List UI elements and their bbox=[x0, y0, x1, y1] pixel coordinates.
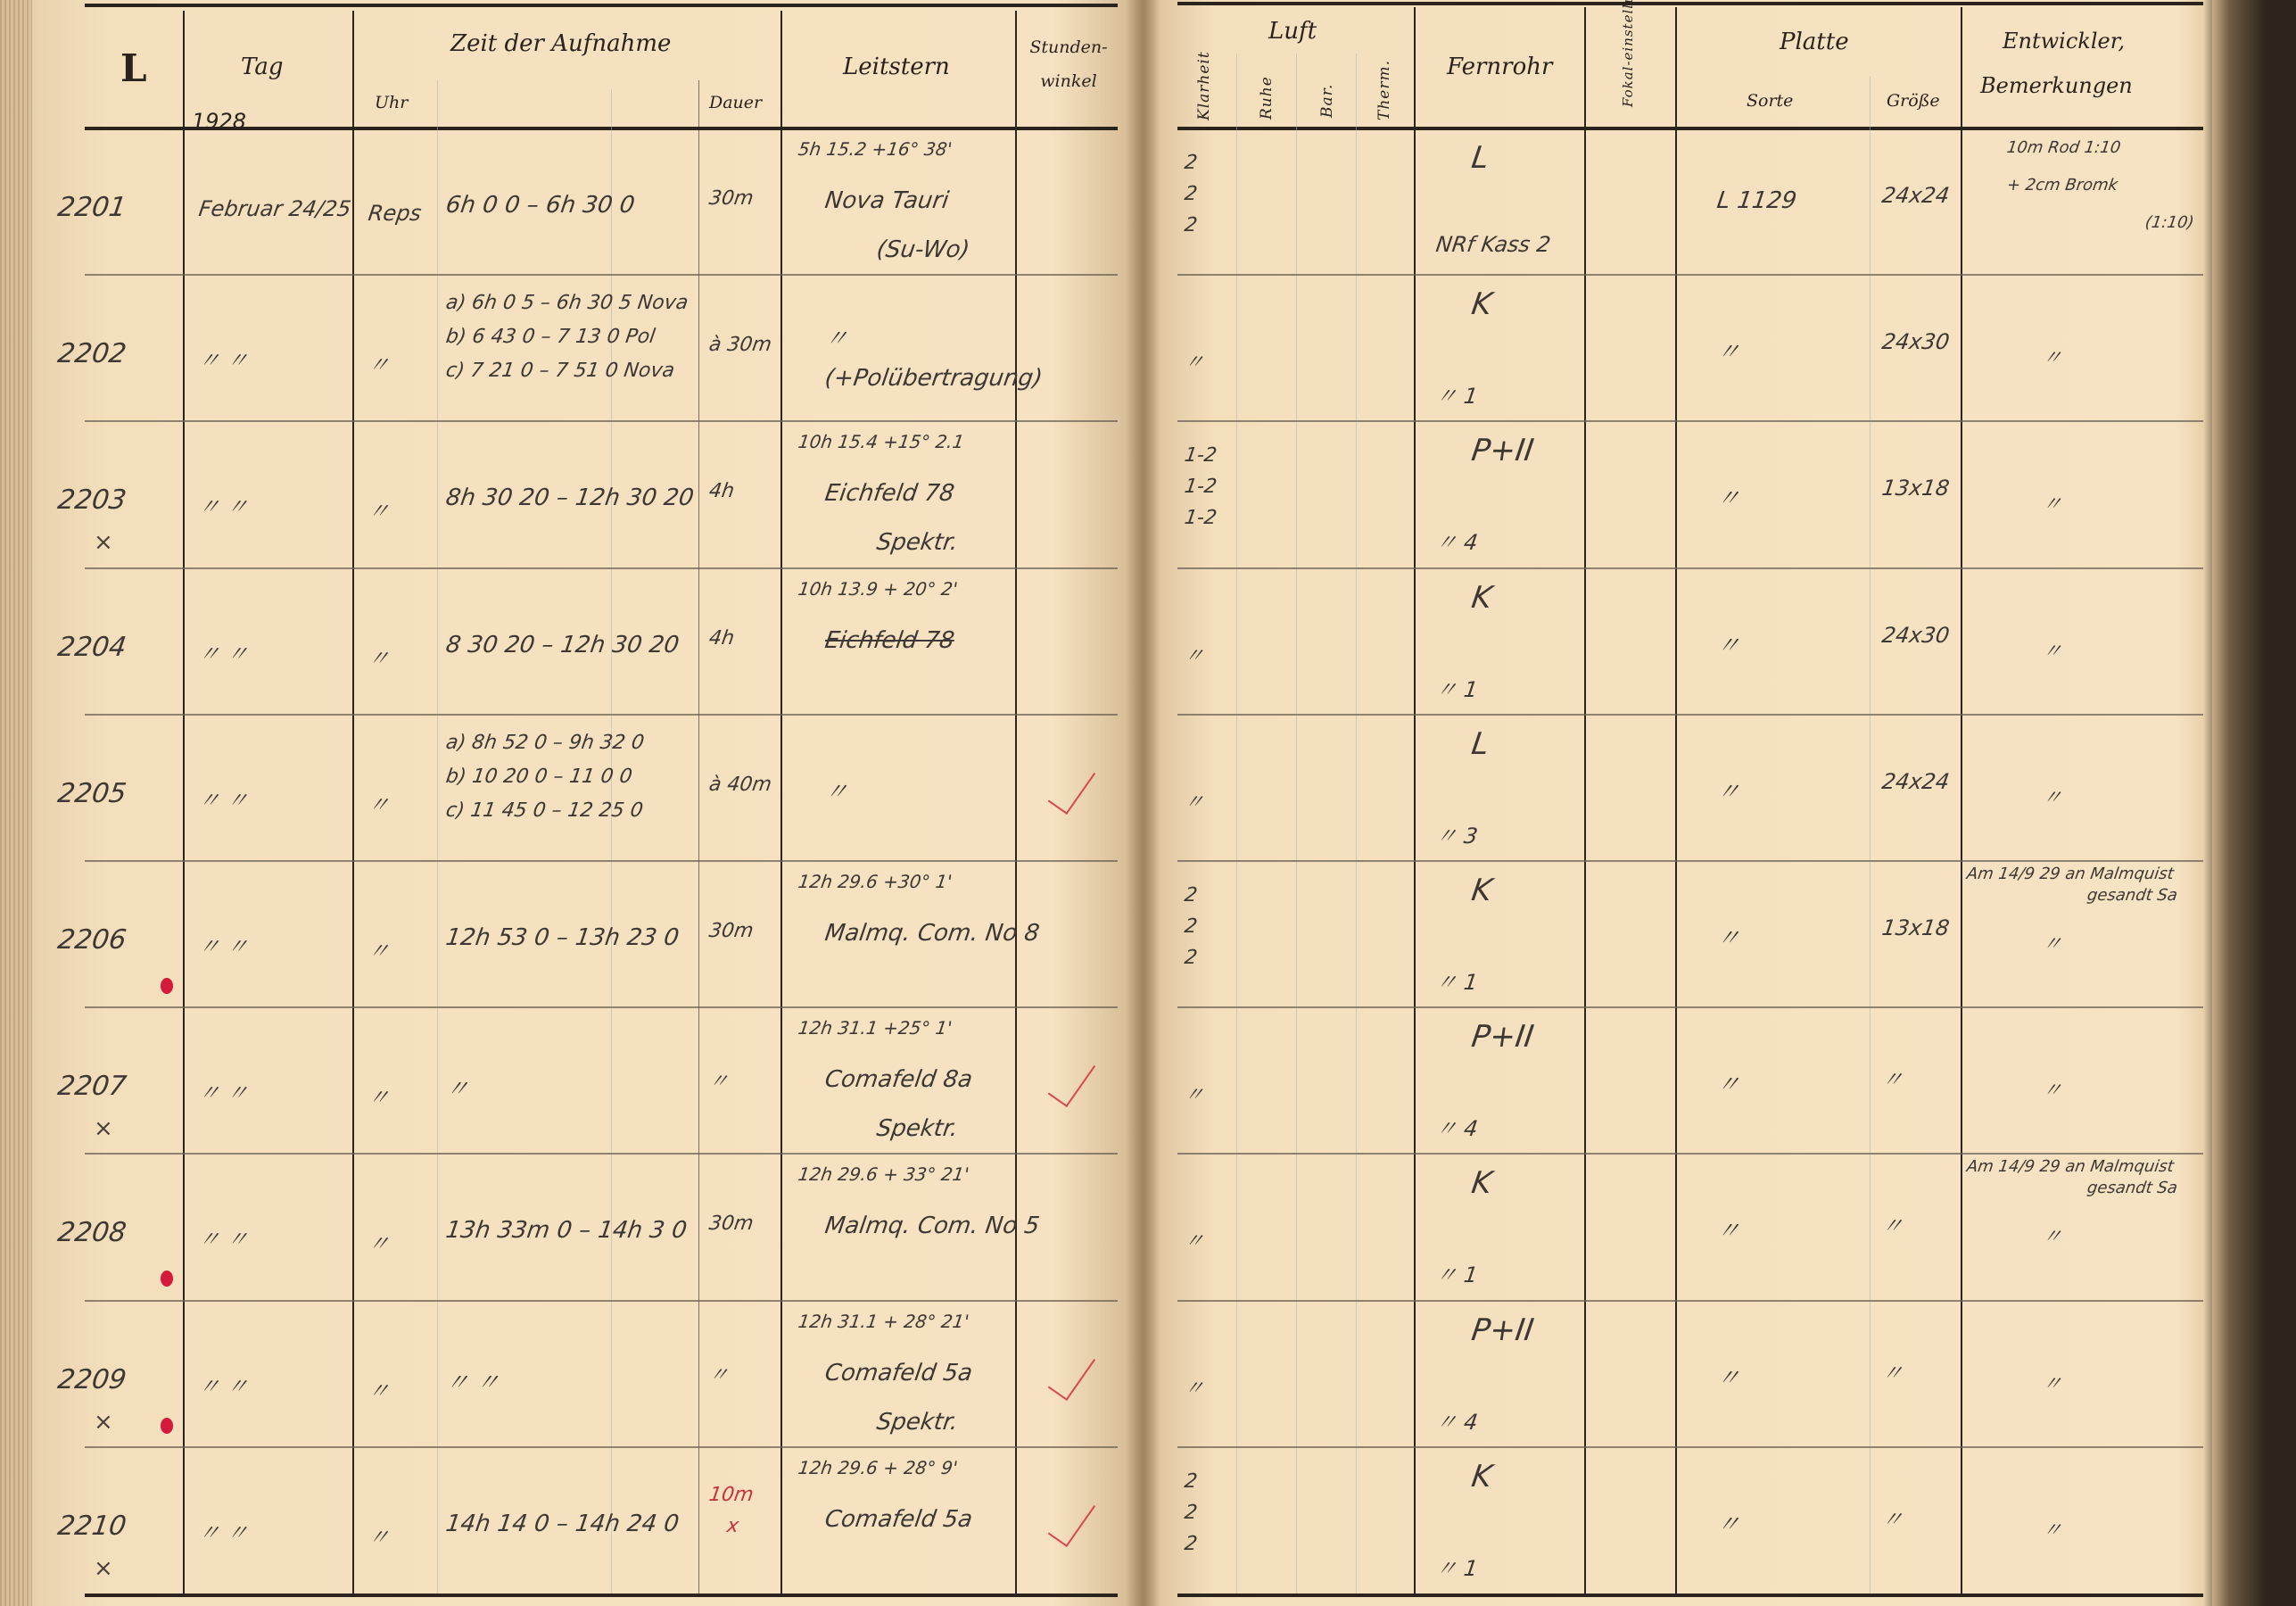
shipping-note: gesandt Sa bbox=[2086, 1179, 2179, 1197]
bemerkung-cell: 〃 bbox=[2041, 1221, 2064, 1249]
header-stundenwinkel-1: Stunden- bbox=[1020, 37, 1118, 57]
tag-cell: 〃 〃 bbox=[197, 782, 252, 814]
header-tag: Tag bbox=[241, 54, 283, 80]
leitstern-cell: Eichfeld 78 bbox=[823, 627, 956, 654]
plate-size-cell: 24x24 bbox=[1880, 183, 1951, 208]
zeit-cell: 14h 14 0 – 14h 24 0 bbox=[444, 1511, 681, 1537]
entry-number: 2210 bbox=[56, 1511, 128, 1542]
leitstern-cell: Spektr. bbox=[875, 1409, 960, 1436]
uhr-cell: 〃 bbox=[367, 1080, 392, 1111]
leitstern-cell: 〃 bbox=[822, 320, 850, 353]
bemerkung-cell: 10m Rod 1:10 bbox=[2006, 138, 2122, 157]
tag-cell: 〃 〃 bbox=[197, 1075, 252, 1106]
table-row: 〃P+II〃 4〃〃〃 bbox=[1177, 1302, 2203, 1448]
zeit-cell: b) 6 43 0 – 7 13 0 Pol bbox=[444, 326, 657, 348]
zeit-cell: a) 6h 0 5 – 6h 30 5 Nova bbox=[444, 292, 690, 314]
tag-cell: 〃 〃 bbox=[197, 343, 252, 374]
red-dot-icon bbox=[161, 978, 173, 994]
plate-sorte-cell: 〃 bbox=[1714, 1360, 1742, 1393]
klarheit-cell: 2 bbox=[1183, 183, 1199, 205]
table-row: 2208〃 〃〃13h 33m 0 – 14h 3 030m12h 29.6 +… bbox=[85, 1155, 1118, 1301]
entry-number: 2204 bbox=[56, 632, 128, 663]
leitstern-cell: Spektr. bbox=[875, 1115, 960, 1142]
bemerkung-cell: 〃 bbox=[2041, 929, 2064, 956]
book-gutter bbox=[1126, 0, 1161, 1606]
table-row: 1-21-21-2P+II〃 4〃13x18〃 bbox=[1177, 422, 2203, 568]
header-luft: Luft bbox=[1268, 18, 1317, 45]
table-row: 〃K〃 1〃24x30〃 bbox=[1177, 569, 2203, 716]
plate-size-cell: 13x18 bbox=[1880, 915, 1951, 940]
zeit-cell: 〃 〃 bbox=[443, 1364, 501, 1397]
entry-number: 2207 bbox=[56, 1071, 128, 1102]
dauer-cell: 〃 bbox=[707, 1066, 731, 1094]
fernrohr-cassette: 〃 4 bbox=[1434, 1111, 1481, 1142]
shipping-note: Am 14/9 29 an Malmquist bbox=[1966, 1157, 2176, 1176]
fernrohr-telescope: P+II bbox=[1469, 1312, 1536, 1348]
zeit-cell: 6h 0 0 – 6h 30 0 bbox=[444, 192, 637, 219]
dauer-cell: 30m bbox=[707, 187, 755, 210]
klarheit-cell: 〃 bbox=[1183, 787, 1206, 815]
cross-mark-icon: × bbox=[94, 1409, 113, 1436]
uhr-cell: 〃 bbox=[367, 1373, 392, 1404]
uhr-cell: 〃 bbox=[367, 1519, 392, 1551]
leitstern-cell: 5h 15.2 +16° 38' bbox=[797, 138, 954, 160]
table-row: 2209〃 〃〃〃 〃〃12h 31.1 + 28° 21'Comafeld 5… bbox=[85, 1302, 1118, 1448]
plate-size-cell: 〃 bbox=[1880, 1208, 1906, 1239]
klarheit-cell: 1-2 bbox=[1183, 476, 1218, 498]
header-bar: Bar. bbox=[1318, 80, 1336, 120]
plate-sorte-cell: 〃 bbox=[1714, 627, 1742, 660]
leitstern-cell: (+Polübertragung) bbox=[823, 365, 1045, 392]
table-row: 2204〃 〃〃8 30 20 – 12h 30 204h10h 13.9 + … bbox=[85, 569, 1118, 716]
tag-cell: Februar 24/25 bbox=[197, 196, 352, 221]
fernrohr-cassette: 〃 1 bbox=[1434, 964, 1481, 996]
header-therm: Therm. bbox=[1375, 70, 1393, 120]
leitstern-cell: Eichfeld 78 bbox=[823, 480, 956, 507]
plate-sorte-cell: 〃 bbox=[1714, 920, 1742, 953]
bemerkung-cell: + 2cm Bromk bbox=[2006, 176, 2119, 195]
leitstern-cell: Malmq. Com. No 5 bbox=[823, 1213, 1041, 1239]
uhr-cell: 〃 bbox=[367, 641, 392, 672]
cross-mark-icon: × bbox=[94, 1115, 113, 1142]
red-checkmark-icon bbox=[1048, 1346, 1095, 1401]
zeit-cell: 〃 bbox=[443, 1071, 471, 1104]
dauer-cell: 4h bbox=[707, 627, 735, 650]
entry-number: 2209 bbox=[56, 1364, 128, 1395]
leitstern-cell: 12h 29.6 + 28° 9' bbox=[797, 1457, 959, 1478]
leitstern-cell: Nova Tauri bbox=[823, 187, 951, 214]
top-rule bbox=[85, 4, 1118, 7]
plate-size-cell: 〃 bbox=[1880, 1355, 1906, 1387]
uhr-cell: Reps bbox=[367, 201, 423, 226]
fernrohr-telescope: K bbox=[1469, 1459, 1494, 1494]
klarheit-cell: 2 bbox=[1183, 915, 1199, 938]
leitstern-cell: Comafeld 5a bbox=[823, 1506, 974, 1533]
header-sorte: Sorte bbox=[1747, 91, 1793, 111]
leitstern-cell: 〃 bbox=[822, 774, 850, 807]
leitstern-cell: Malmq. Com. No 8 bbox=[823, 920, 1041, 947]
table-row: 222LNRf Kass 2L 112924x2410m Rod 1:10+ 2… bbox=[1177, 129, 2203, 276]
dauer-cell: 4h bbox=[707, 480, 735, 502]
klarheit-cell: 2 bbox=[1183, 1502, 1199, 1524]
dauer-red-x: x bbox=[725, 1515, 740, 1537]
bemerkung-cell: 〃 bbox=[2041, 1369, 2064, 1396]
header-klarheit: Klarheit bbox=[1195, 54, 1213, 120]
bemerkung-cell: 〃 bbox=[2041, 636, 2064, 664]
zeit-cell: 13h 33m 0 – 14h 3 0 bbox=[444, 1217, 689, 1244]
table-row: 〃L〃 3〃24x24〃 bbox=[1177, 716, 2203, 862]
klarheit-cell: 〃 bbox=[1183, 1080, 1206, 1107]
red-dot-icon bbox=[161, 1418, 173, 1434]
fernrohr-telescope: L bbox=[1469, 140, 1491, 176]
fernrohr-telescope: P+II bbox=[1469, 433, 1536, 468]
shipping-note: gesandt Sa bbox=[2086, 886, 2179, 905]
zeit-cell: 8h 30 20 – 12h 30 20 bbox=[444, 484, 696, 511]
uhr-cell: 〃 bbox=[367, 933, 392, 964]
klarheit-cell: 1-2 bbox=[1183, 507, 1218, 529]
plate-size-cell: 24x30 bbox=[1880, 329, 1951, 354]
red-checkmark-icon bbox=[1048, 760, 1095, 815]
plate-sorte-cell: 〃 bbox=[1714, 480, 1742, 513]
tag-cell: 〃 〃 bbox=[197, 636, 252, 667]
fernrohr-cassette: 〃 3 bbox=[1434, 818, 1481, 849]
entry-number: 2202 bbox=[56, 338, 128, 369]
klarheit-cell: 〃 bbox=[1183, 1226, 1206, 1254]
bemerkung-cell: 〃 bbox=[2041, 782, 2064, 810]
red-checkmark-icon bbox=[1048, 1493, 1095, 1547]
bemerkung-cell: 〃 bbox=[2041, 489, 2064, 517]
leitstern-cell: Comafeld 8a bbox=[823, 1066, 974, 1093]
tag-cell: 〃 〃 bbox=[197, 1221, 252, 1253]
header-groesse: Größe bbox=[1887, 91, 1940, 111]
header-zeit: Zeit der Aufnahme bbox=[450, 30, 671, 57]
uhr-cell: 〃 bbox=[367, 787, 392, 818]
top-rule bbox=[1177, 2, 2203, 5]
book-cover-edge bbox=[2212, 0, 2296, 1606]
red-checkmark-icon bbox=[1048, 1053, 1095, 1107]
leitstern-cell: 10h 15.4 +15° 2.1 bbox=[797, 431, 965, 452]
left-page: L Tag 1928 Zeit der Aufnahme Uhr Dauer L… bbox=[85, 0, 1118, 1606]
plate-sorte-cell: 〃 bbox=[1714, 1066, 1742, 1099]
header-L: L bbox=[120, 46, 147, 90]
leitstern-cell: 12h 29.6 +30° 1' bbox=[797, 871, 954, 892]
table-row: 2210〃 〃〃14h 14 0 – 14h 24 010mx12h 29.6 … bbox=[85, 1448, 1118, 1594]
header-dauer: Dauer bbox=[709, 93, 762, 112]
zeit-cell: 8 30 20 – 12h 30 20 bbox=[444, 632, 681, 658]
right-page: Luft Klarheit Ruhe Bar. Therm. Fernrohr … bbox=[1177, 0, 2203, 1606]
fernrohr-cassette: 〃 1 bbox=[1434, 378, 1481, 410]
zeit-cell: a) 8h 52 0 – 9h 32 0 bbox=[444, 732, 645, 754]
header-fernrohr: Fernrohr bbox=[1447, 54, 1552, 80]
klarheit-cell: 〃 bbox=[1183, 347, 1206, 375]
shipping-note: Am 14/9 29 an Malmquist bbox=[1966, 865, 2176, 883]
table-row: 〃P+II〃 4〃〃〃 bbox=[1177, 1008, 2203, 1155]
fernrohr-telescope: K bbox=[1469, 580, 1494, 616]
leitstern-cell: Comafeld 5a bbox=[823, 1360, 974, 1387]
logbook-spread: L Tag 1928 Zeit der Aufnahme Uhr Dauer L… bbox=[0, 0, 2296, 1606]
dauer-cell: 〃 bbox=[707, 1360, 731, 1387]
fernrohr-cassette: 〃 1 bbox=[1434, 672, 1481, 703]
leitstern-cell: 10h 13.9 + 20° 2' bbox=[797, 578, 959, 600]
plate-sorte-cell: 〃 bbox=[1714, 1506, 1742, 1539]
dauer-cell: à 30m bbox=[707, 334, 772, 356]
header-bemerkungen: Bemerkungen bbox=[1980, 73, 2133, 98]
dauer-cell: 30m bbox=[707, 1213, 755, 1235]
leitstern-cell: 12h 31.1 + 28° 21' bbox=[797, 1311, 970, 1332]
fernrohr-cassette: NRf Kass 2 bbox=[1434, 232, 1552, 257]
klarheit-cell: 〃 bbox=[1183, 1373, 1206, 1401]
entry-number: 2208 bbox=[56, 1217, 128, 1248]
uhr-cell: 〃 bbox=[367, 1226, 392, 1257]
fernrohr-cassette: 〃 4 bbox=[1434, 1404, 1481, 1436]
tag-cell: 〃 〃 bbox=[197, 489, 252, 520]
klarheit-cell: 2 bbox=[1183, 1533, 1199, 1555]
dauer-cell: à 40m bbox=[707, 774, 772, 796]
header-entwickler: Entwickler, bbox=[2003, 29, 2125, 54]
klarheit-cell: 2 bbox=[1183, 884, 1199, 906]
zeit-cell: c) 11 45 0 – 12 25 0 bbox=[444, 799, 644, 822]
header-leitstern: Leitstern bbox=[843, 54, 950, 80]
plate-sorte-cell: 〃 bbox=[1714, 774, 1742, 807]
header-platte: Platte bbox=[1780, 29, 1849, 55]
table-row: 222K〃 1〃〃〃 bbox=[1177, 1448, 2203, 1594]
entry-number: 2201 bbox=[56, 192, 128, 223]
plate-size-cell: 〃 bbox=[1880, 1062, 1906, 1093]
header-fokaleinstellung: Fokal-einstellung bbox=[1620, 27, 1636, 107]
leitstern-cell: Spektr. bbox=[875, 529, 960, 556]
zeit-cell: 12h 53 0 – 13h 23 0 bbox=[444, 924, 681, 951]
header-stundenwinkel-2: winkel bbox=[1020, 71, 1118, 91]
fernrohr-cassette: 〃 1 bbox=[1434, 1551, 1481, 1582]
bemerkung-cell: 〃 bbox=[2041, 1515, 2064, 1543]
uhr-cell: 〃 bbox=[367, 347, 392, 378]
plate-sorte-cell: 〃 bbox=[1714, 334, 1742, 367]
klarheit-cell: 2 bbox=[1183, 152, 1199, 174]
zeit-cell: c) 7 21 0 – 7 51 0 Nova bbox=[444, 360, 676, 382]
plate-sorte-cell: L 1129 bbox=[1715, 187, 1798, 214]
leitstern-cell: 12h 29.6 + 33° 21' bbox=[797, 1163, 970, 1185]
klarheit-cell: 2 bbox=[1183, 1470, 1199, 1493]
bemerkung-cell: 〃 bbox=[2041, 343, 2064, 370]
klarheit-cell: 2 bbox=[1183, 947, 1199, 969]
dauer-cell: 10m bbox=[707, 1484, 755, 1506]
header-ruhe: Ruhe bbox=[1258, 76, 1276, 120]
fernrohr-cassette: 〃 4 bbox=[1434, 525, 1481, 556]
header-uhr: Uhr bbox=[375, 93, 408, 112]
table-row: 〃K〃 1〃24x30〃 bbox=[1177, 276, 2203, 422]
entry-number: 2203 bbox=[56, 484, 128, 516]
plate-size-cell: 13x18 bbox=[1880, 476, 1951, 501]
klarheit-cell: 2 bbox=[1183, 214, 1199, 236]
entry-number: 2206 bbox=[56, 924, 128, 956]
table-row: 〃K〃 1〃〃〃Am 14/9 29 an Malmquistgesandt S… bbox=[1177, 1155, 2203, 1301]
table-row: 2205〃 〃〃a) 8h 52 0 – 9h 32 0b) 10 20 0 –… bbox=[85, 716, 1118, 862]
plate-sorte-cell: 〃 bbox=[1714, 1213, 1742, 1246]
plate-size-cell: 〃 bbox=[1880, 1502, 1906, 1533]
table-row: 2207〃 〃〃〃〃12h 31.1 +25° 1'Comafeld 8aSpe… bbox=[85, 1008, 1118, 1155]
leitstern-cell: 12h 31.1 +25° 1' bbox=[797, 1017, 954, 1039]
cross-mark-icon: × bbox=[94, 529, 113, 556]
red-dot-icon bbox=[161, 1271, 173, 1287]
fernrohr-cassette: 〃 1 bbox=[1434, 1257, 1481, 1288]
leitstern-cell: (Su-Wo) bbox=[875, 236, 971, 263]
table-row: 2201Februar 24/25Reps6h 0 0 – 6h 30 030m… bbox=[85, 129, 1118, 276]
plate-size-cell: 24x24 bbox=[1880, 769, 1951, 794]
zeit-cell: b) 10 20 0 – 11 0 0 bbox=[444, 766, 633, 788]
bemerkung-cell: (1:10) bbox=[2144, 213, 2195, 232]
tag-cell: 〃 〃 bbox=[197, 1515, 252, 1546]
page-stack-edge bbox=[0, 0, 32, 1606]
tag-cell: 〃 〃 bbox=[197, 929, 252, 960]
uhr-cell: 〃 bbox=[367, 493, 392, 525]
table-row: 2202〃 〃〃a) 6h 0 5 – 6h 30 5 Novab) 6 43 … bbox=[85, 276, 1118, 422]
tag-cell: 〃 〃 bbox=[197, 1369, 252, 1400]
entry-number: 2205 bbox=[56, 778, 128, 809]
fernrohr-telescope: K bbox=[1469, 873, 1494, 908]
klarheit-cell: 1-2 bbox=[1183, 444, 1218, 467]
fernrohr-telescope: L bbox=[1469, 726, 1491, 762]
fernrohr-telescope: P+II bbox=[1469, 1019, 1536, 1055]
dauer-cell: 30m bbox=[707, 920, 755, 942]
bemerkung-cell: 〃 bbox=[2041, 1075, 2064, 1103]
table-row: 222K〃 1〃13x18〃Am 14/9 29 an Malmquistges… bbox=[1177, 862, 2203, 1008]
cross-mark-icon: × bbox=[94, 1555, 113, 1582]
table-row: 2206〃 〃〃12h 53 0 – 13h 23 030m12h 29.6 +… bbox=[85, 862, 1118, 1008]
fernrohr-telescope: K bbox=[1469, 1165, 1494, 1201]
klarheit-cell: 〃 bbox=[1183, 641, 1206, 668]
fernrohr-telescope: K bbox=[1469, 286, 1494, 322]
table-row: 2203〃 〃〃8h 30 20 – 12h 30 204h10h 15.4 +… bbox=[85, 422, 1118, 568]
plate-size-cell: 24x30 bbox=[1880, 623, 1951, 648]
